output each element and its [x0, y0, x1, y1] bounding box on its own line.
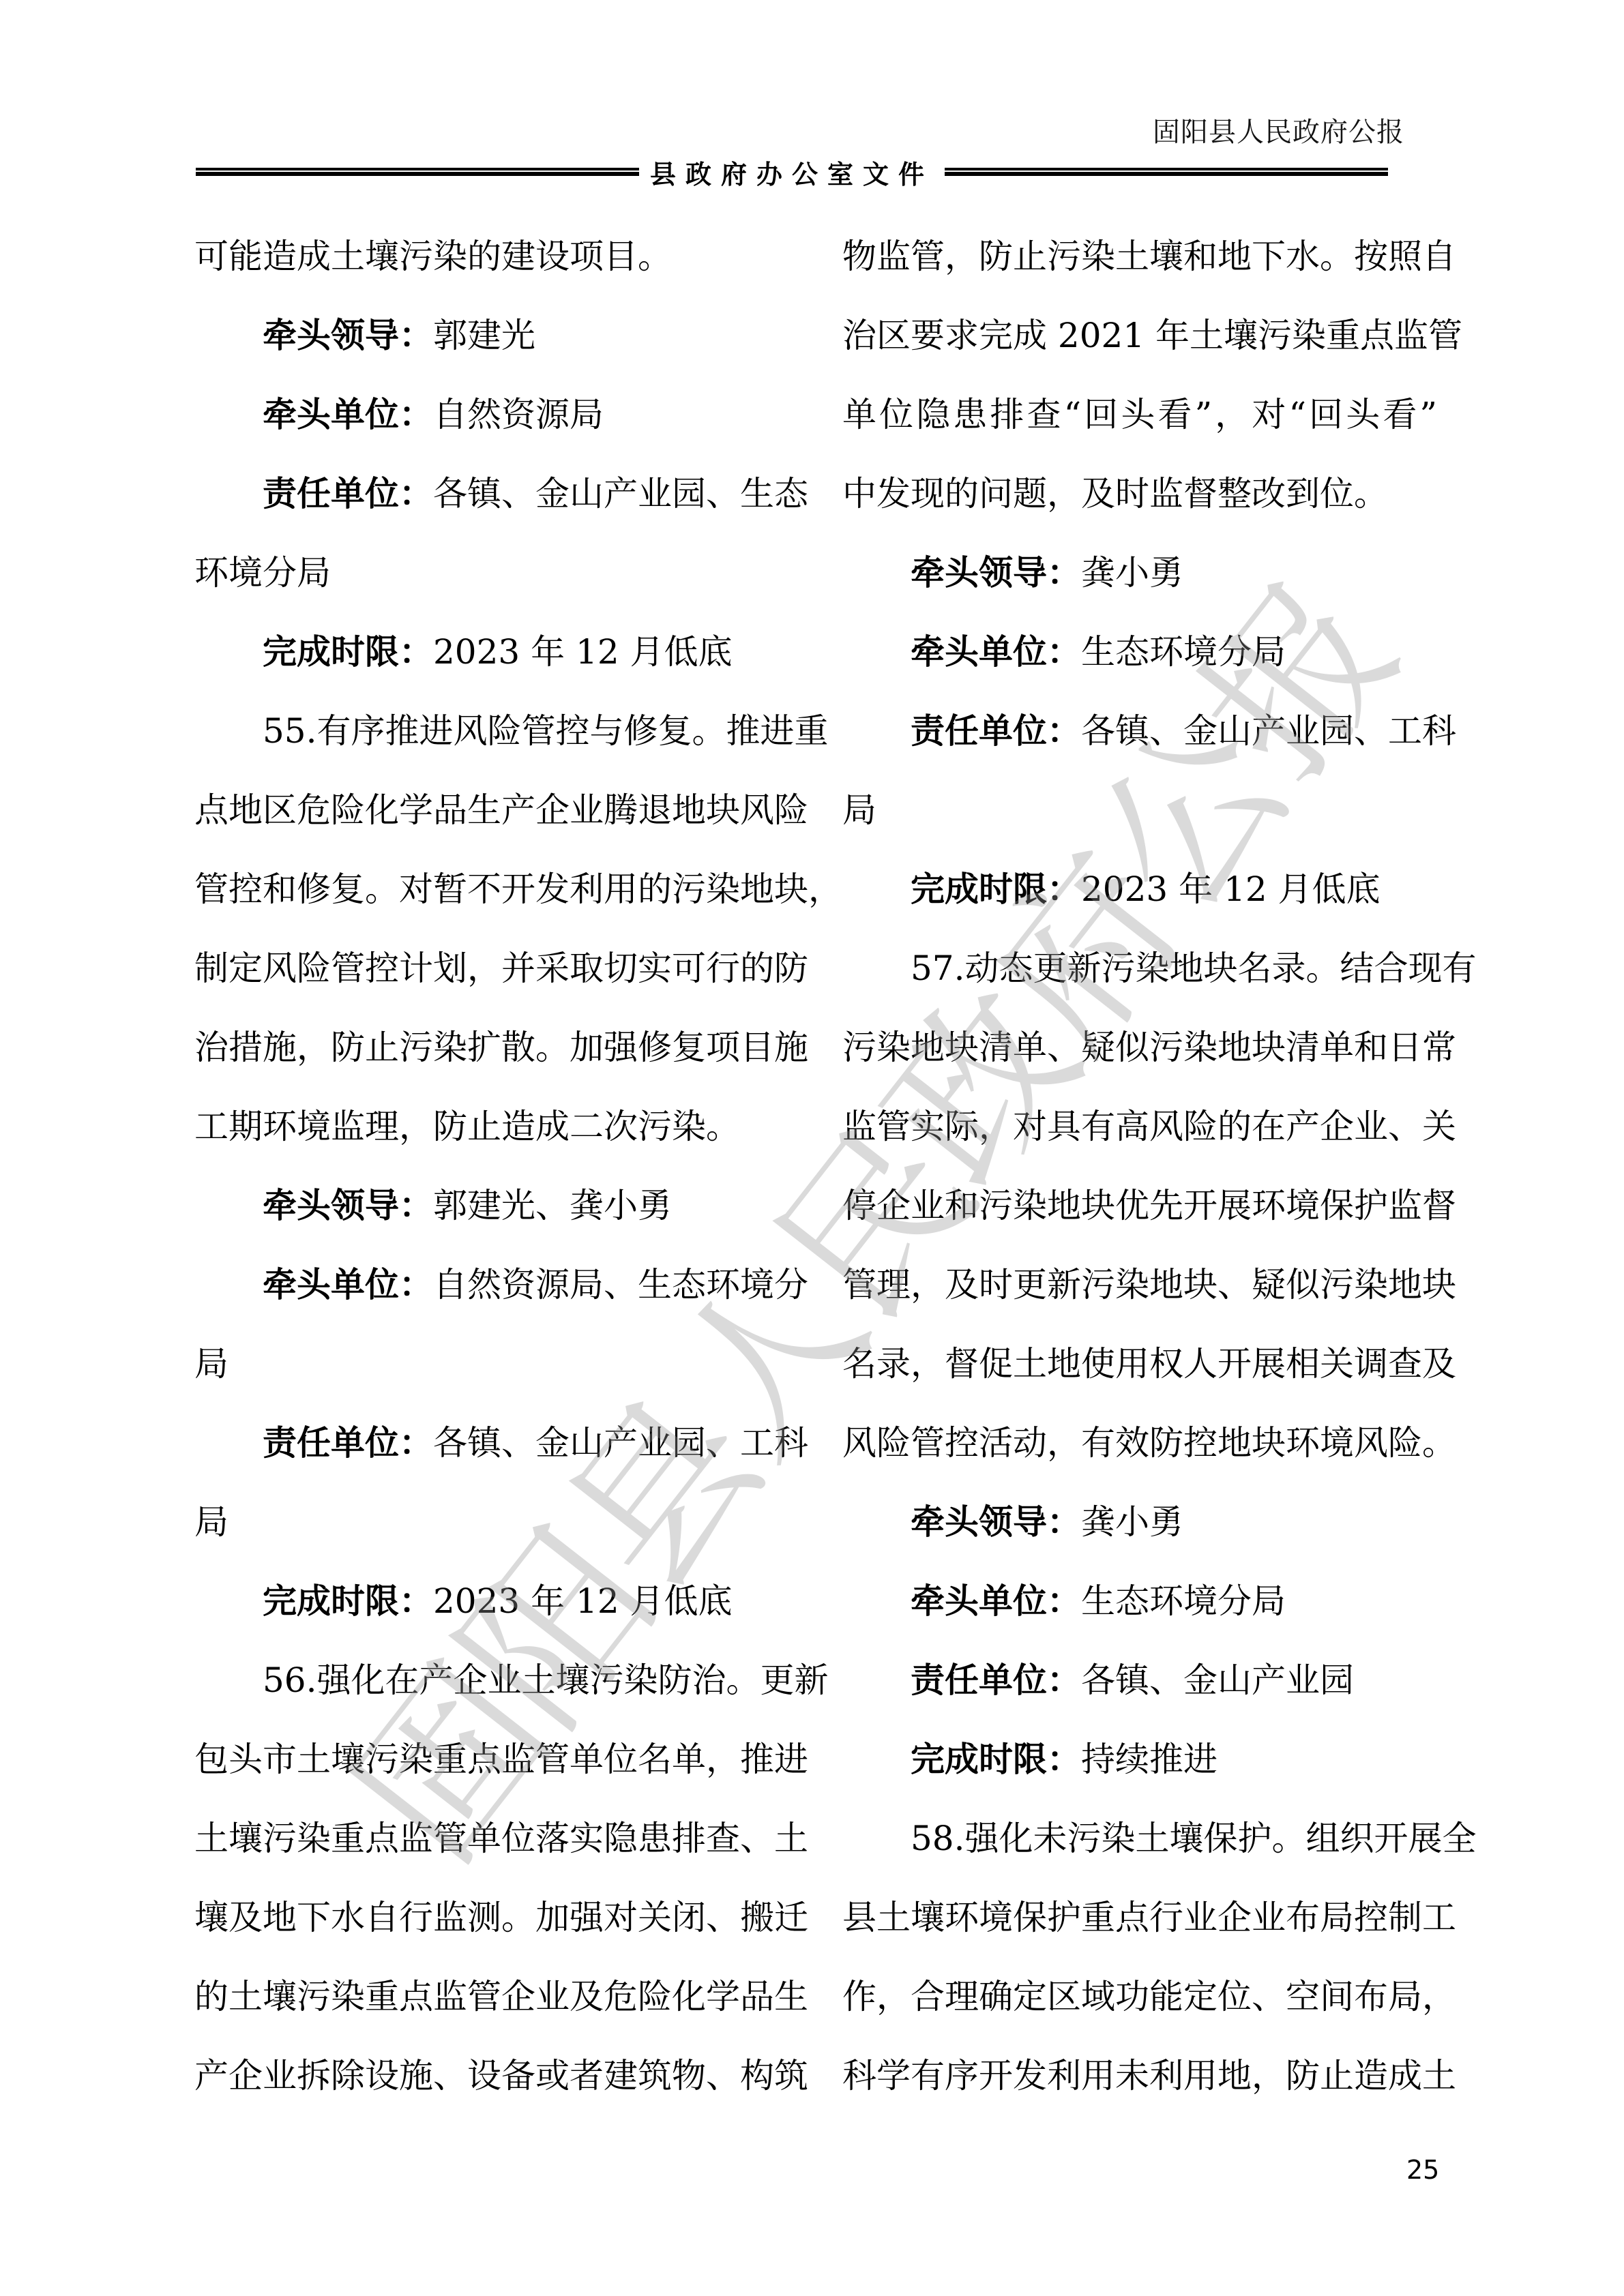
field-line: 牵头领导：郭建光、龚小勇: [194, 1166, 789, 1245]
field-label: 牵头单位：: [263, 1265, 433, 1304]
field-value: 郭建光、龚小勇: [433, 1186, 672, 1225]
field-line: 完成时限：2023 年 12 月低底: [194, 612, 789, 691]
field-label: 完成时限：: [263, 632, 433, 672]
right-column: 物监管，防止污染土壤和地下水。按照自治区要求完成 2021 年土壤污染重点监管单…: [842, 217, 1437, 2115]
body-text-line: 局: [194, 1482, 789, 1562]
field-line: 责任单位：各镇、金山产业园、工科: [842, 691, 1437, 771]
body-text-line: 环境分局: [194, 533, 789, 612]
body-text-line: 管控和修复。对暂不开发利用的污染地块，: [194, 850, 789, 929]
body-text-line: 治措施，防止污染扩散。加强修复项目施: [194, 1008, 789, 1087]
section-header: 县政府办公室文件: [196, 158, 1388, 185]
field-label: 完成时限：: [911, 869, 1081, 909]
body-text-line: 治区要求完成 2021 年土壤污染重点监管: [842, 296, 1437, 375]
field-label: 牵头领导：: [263, 316, 433, 355]
field-line: 牵头领导：龚小勇: [842, 1482, 1437, 1562]
field-label: 牵头领导：: [911, 1502, 1081, 1542]
body-text-line: 监管实际，对具有高风险的在产企业、关: [842, 1087, 1437, 1166]
body-text-line: 的土壤污染重点监管企业及危险化学品生: [194, 1957, 789, 2036]
field-label: 牵头领导：: [911, 553, 1081, 593]
section-title: 县政府办公室文件: [639, 153, 945, 191]
field-label: 牵头单位：: [911, 632, 1081, 672]
field-line: 完成时限：2023 年 12 月低底: [842, 850, 1437, 929]
body-text-line: 管理，及时更新污染地块、疑似污染地块: [842, 1245, 1437, 1324]
body-text-line: 58.强化未污染土壤保护。组织开展全: [842, 1799, 1437, 1878]
field-value: 各镇、金山产业园、生态: [433, 474, 808, 513]
publication-name: 固阳县人民政府公报: [1153, 110, 1404, 149]
field-value: 2023 年 12 月低底: [433, 1581, 733, 1621]
field-value: 2023 年 12 月低底: [433, 632, 733, 672]
field-line: 牵头领导：龚小勇: [842, 533, 1437, 612]
field-label: 责任单位：: [263, 474, 433, 513]
page-number: 25: [1406, 2155, 1439, 2185]
field-value: 持续推进: [1081, 1740, 1217, 1779]
field-value: 各镇、金山产业园、工科: [1081, 711, 1456, 751]
double-rule-left: [196, 168, 639, 176]
body-text-line: 停企业和污染地块优先开展环境保护监督: [842, 1166, 1437, 1245]
body-text-line: 局: [842, 771, 1437, 850]
field-label: 完成时限：: [911, 1740, 1081, 1779]
field-label: 牵头领导：: [263, 1186, 433, 1225]
body-text-line: 57.动态更新污染地块名录。结合现有: [842, 929, 1437, 1008]
field-line: 完成时限：2023 年 12 月低底: [194, 1562, 789, 1641]
body-text-line: 作，合理确定区域功能定位、空间布局，: [842, 1957, 1437, 2036]
body-text-line: 科学有序开发利用未利用地，防止造成土: [842, 2036, 1437, 2115]
field-line: 责任单位：各镇、金山产业园、生态: [194, 454, 789, 533]
field-line: 责任单位：各镇、金山产业园、工科: [194, 1403, 789, 1482]
field-line: 牵头单位：生态环境分局: [842, 612, 1437, 691]
field-value: 龚小勇: [1081, 1502, 1183, 1542]
field-line: 牵头领导：郭建光: [194, 296, 789, 375]
field-line: 牵头单位：生态环境分局: [842, 1562, 1437, 1641]
field-line: 完成时限：持续推进: [842, 1720, 1437, 1799]
document-page: 固阳县人民政府公报 县政府办公室文件 可能造成土壤污染的建设项目。牵头领导：郭建…: [0, 0, 1624, 2296]
field-value: 生态环境分局: [1081, 632, 1286, 672]
field-value: 各镇、金山产业园: [1081, 1660, 1354, 1700]
body-text-line: 包头市土壤污染重点监管单位名单，推进: [194, 1720, 789, 1799]
field-label: 责任单位：: [263, 1423, 433, 1463]
field-line: 责任单位：各镇、金山产业园: [842, 1641, 1437, 1720]
field-value: 郭建光: [433, 316, 535, 355]
body-text-line: 可能造成土壤污染的建设项目。: [194, 217, 789, 296]
field-value: 2023 年 12 月低底: [1081, 869, 1381, 909]
body-text-line: 56.强化在产企业土壤污染防治。更新: [194, 1641, 789, 1720]
body-text-line: 中发现的问题，及时监督整改到位。: [842, 454, 1437, 533]
body-text-line: 县土壤环境保护重点行业企业布局控制工: [842, 1878, 1437, 1957]
body-text-line: 物监管，防止污染土壤和地下水。按照自: [842, 217, 1437, 296]
body-text-line: 单位隐患排查“回头看”，对“回头看”: [842, 375, 1437, 454]
body-text-line: 点地区危险化学品生产企业腾退地块风险: [194, 771, 789, 850]
body-text-line: 污染地块清单、疑似污染地块清单和日常: [842, 1008, 1437, 1087]
field-value: 自然资源局、生态环境分: [433, 1265, 808, 1304]
body-text-line: 55.有序推进风险管控与修复。推进重: [194, 691, 789, 771]
body-text-line: 名录，督促土地使用权人开展相关调查及: [842, 1324, 1437, 1403]
field-label: 完成时限：: [263, 1581, 433, 1621]
field-value: 自然资源局: [433, 395, 604, 434]
body-text-line: 制定风险管控计划，并采取切实可行的防: [194, 929, 789, 1008]
field-value: 龚小勇: [1081, 553, 1183, 593]
body-text-line: 产企业拆除设施、设备或者建筑物、构筑: [194, 2036, 789, 2115]
field-line: 牵头单位：自然资源局、生态环境分: [194, 1245, 789, 1324]
left-column: 可能造成土壤污染的建设项目。牵头领导：郭建光牵头单位：自然资源局责任单位：各镇、…: [194, 217, 789, 2115]
body-text-line: 壤及地下水自行监测。加强对关闭、搬迁: [194, 1878, 789, 1957]
field-label: 责任单位：: [911, 711, 1081, 751]
double-rule-right: [945, 168, 1388, 176]
field-label: 责任单位：: [911, 1660, 1081, 1700]
field-value: 生态环境分局: [1081, 1581, 1286, 1621]
body-text-line: 局: [194, 1324, 789, 1403]
field-label: 牵头单位：: [911, 1581, 1081, 1621]
body-text-line: 工期环境监理，防止造成二次污染。: [194, 1087, 789, 1166]
field-value: 各镇、金山产业园、工科: [433, 1423, 808, 1463]
field-line: 牵头单位：自然资源局: [194, 375, 789, 454]
body-text-line: 土壤污染重点监管单位落实隐患排查、土: [194, 1799, 789, 1878]
field-label: 牵头单位：: [263, 395, 433, 434]
body-text-line: 风险管控活动，有效防控地块环境风险。: [842, 1403, 1437, 1482]
